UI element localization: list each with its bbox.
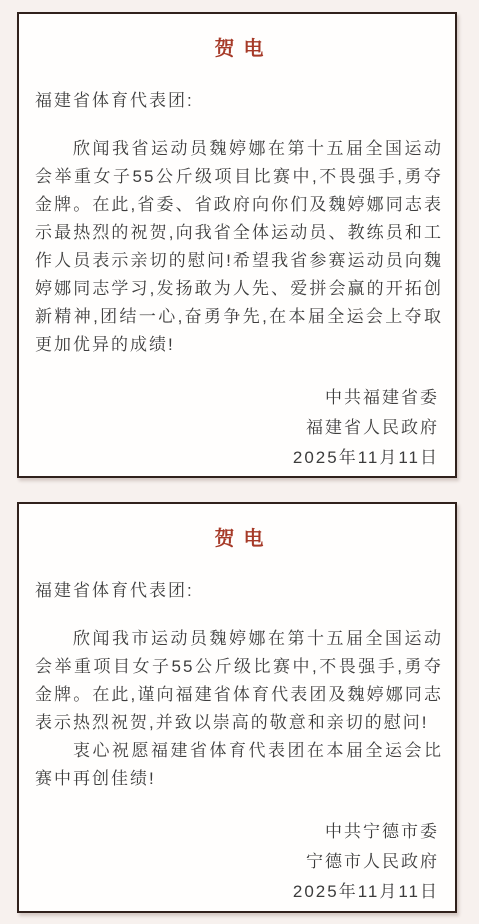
signature-date: 2025年11月11日 xyxy=(35,877,439,907)
signature-org-line: 宁德市人民政府 xyxy=(35,847,439,877)
signature-org-line: 福建省人民政府 xyxy=(35,413,439,443)
telegram-paragraph: 欣闻我省运动员魏婷娜在第十五届全国运动会举重女子55公斤级项目比赛中,不畏强手,… xyxy=(35,135,443,359)
telegram-title-city: 贺电 xyxy=(35,526,443,553)
telegram-salutation-province: 福建省体育代表团: xyxy=(35,89,443,113)
telegram-salutation-city: 福建省体育代表团: xyxy=(35,579,443,603)
signature-org-line: 中共宁德市委 xyxy=(35,817,439,847)
telegram-card-city: 贺电 福建省体育代表团: 欣闻我市运动员魏婷娜在第十五届全国运动会举重项目女子5… xyxy=(17,502,457,913)
signature-block-city: 中共宁德市委 宁德市人民政府 2025年11月11日 xyxy=(35,817,439,907)
telegram-paragraph: 衷心祝愿福建省体育代表团在本届全运会比赛中再创佳绩! xyxy=(35,737,443,793)
page-background: { "colors": { "page_background": "#f7f1e… xyxy=(0,0,479,924)
telegram-paragraph: 欣闻我市运动员魏婷娜在第十五届全国运动会举重项目女子55公斤级比赛中,不畏强手,… xyxy=(35,625,443,737)
signature-block-province: 中共福建省委 福建省人民政府 2025年11月11日 xyxy=(35,383,439,473)
telegram-card-province: 贺电 福建省体育代表团: 欣闻我省运动员魏婷娜在第十五届全国运动会举重女子55公… xyxy=(17,12,457,478)
signature-org-line: 中共福建省委 xyxy=(35,383,439,413)
telegram-title-province: 贺电 xyxy=(35,36,443,63)
signature-date: 2025年11月11日 xyxy=(35,443,439,473)
